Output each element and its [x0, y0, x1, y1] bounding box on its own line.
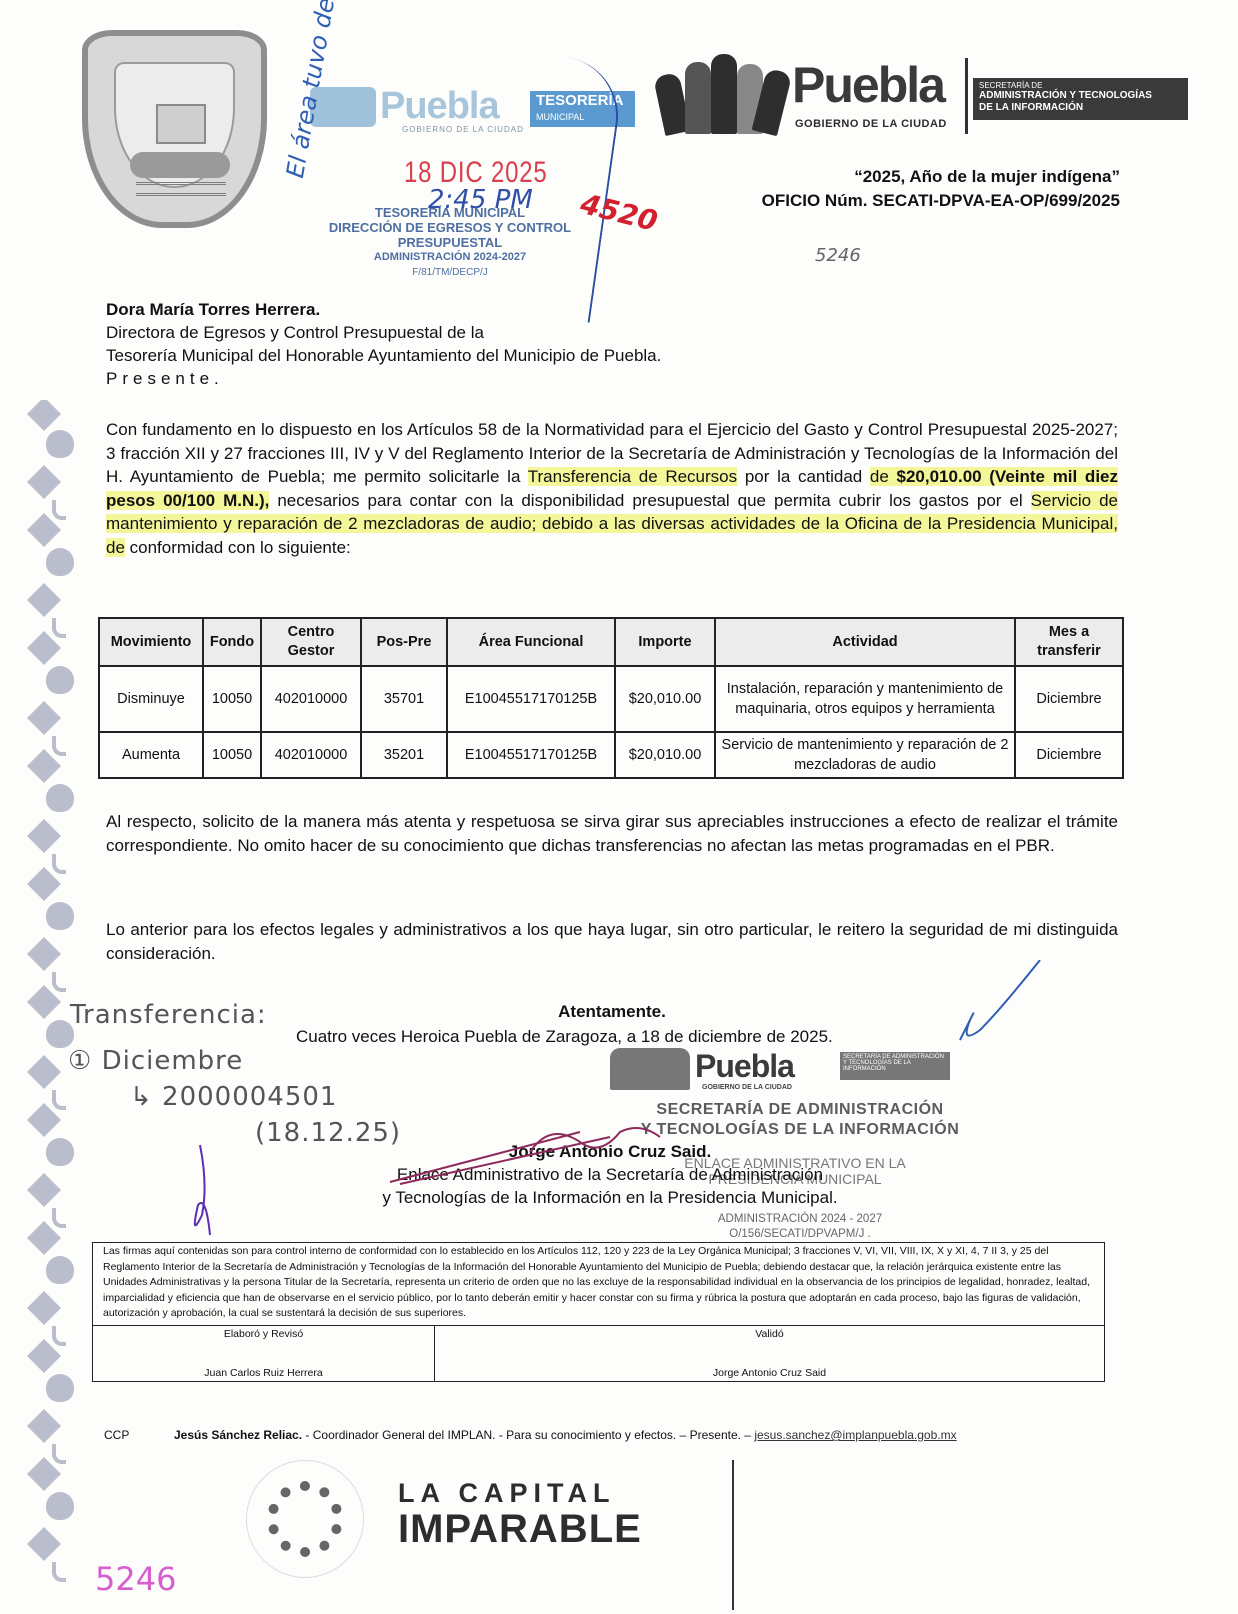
castle-icon: [156, 104, 206, 144]
legal-text: Las firmas aquí contenidas son para cont…: [93, 1243, 1104, 1325]
addressee-block: Dora María Torres Herrera. Directora de …: [106, 298, 661, 390]
puebla-secati-logo: Puebla GOBIERNO DE LA CIUDAD SECRETARÍA …: [655, 52, 1195, 137]
place-date: Cuatro veces Heroica Puebla de Zaragoza,…: [296, 1027, 833, 1047]
valido-cell: Validó Jorge Antonio Cruz Said: [435, 1326, 1104, 1381]
body-paragraph-2: Al respecto, solicito de la manera más a…: [106, 810, 1118, 857]
secati-box: SECRETARÍA DE ADMINISTRACIÓN Y TECNOLOGÍ…: [973, 78, 1188, 120]
body-paragraph-3: Lo anterior para los efectos legales y a…: [106, 918, 1118, 965]
signature-icon: [920, 960, 1050, 1050]
norma-igualdad-seal: [246, 1460, 364, 1578]
seal-icon: [267, 1481, 343, 1557]
initials-signature-icon: [180, 1145, 220, 1245]
addressee-title: Directora de Egresos y Control Presupues…: [106, 321, 661, 344]
decorative-border: [8, 400, 78, 1600]
handwritten-transfer-month: ① Diciembre: [68, 1046, 243, 1076]
handwritten-number: 5246: [95, 1560, 176, 1598]
handwritten-folio-gray: 5246: [815, 245, 861, 266]
city-art-icon: [655, 52, 785, 134]
handwritten-transfer-number: ↳ 2000004501: [130, 1082, 337, 1112]
table-row: Disminuye 10050 402010000 35701 E1004551…: [99, 666, 1123, 732]
table-header-row: Movimiento Fondo Centro Gestor Pos-Pre Á…: [99, 618, 1123, 666]
transfer-table: Movimiento Fondo Centro Gestor Pos-Pre Á…: [98, 617, 1124, 779]
salutation: Presente.: [106, 367, 661, 390]
body-paragraph-1: Con fundamento en lo dispuesto en los Ar…: [106, 418, 1118, 559]
document-reference: “2025, Año de la mujer indígena” OFICIO …: [680, 165, 1120, 213]
table-row: Aumenta 10050 402010000 35201 E100455171…: [99, 732, 1123, 778]
tesoreria-received-stamp: TESORERÍA MUNICIPAL DIRECCIÓN DE EGRESOS…: [320, 205, 580, 280]
admin-stamp: ADMINISTRACIÓN 2024 - 2027 O/156/SECATI/…: [690, 1212, 910, 1242]
highlight: Transferencia de Recursos: [528, 467, 737, 486]
oficio-number: OFICIO Núm. SECATI-DPVA-EA-OP/699/2025: [680, 189, 1120, 213]
addressee-name: Dora María Torres Herrera.: [106, 298, 661, 321]
elaboro-cell: Elaboró y Revisó Juan Carlos Ruiz Herrer…: [93, 1326, 435, 1381]
la-capital-imparable-logo: LA CAPITAL IMPARABLE: [398, 1478, 642, 1549]
legal-signatures-box: Las firmas aquí contenidas son para cont…: [92, 1242, 1105, 1382]
email-link[interactable]: jesus.sanchez@implanpuebla.gob.mx: [754, 1428, 956, 1442]
handwritten-transfer-label: Transferencia:: [70, 1000, 267, 1030]
ccp-line: CCPJesús Sánchez Reliac. - Coordinador G…: [104, 1428, 1124, 1442]
footer-divider: [732, 1460, 734, 1610]
city-art-icon: [610, 1048, 690, 1090]
signature-icon: [380, 1112, 680, 1192]
year-motto: “2025, Año de la mujer indígena”: [680, 165, 1120, 189]
addressee-institution: Tesorería Municipal del Honorable Ayunta…: [106, 344, 661, 367]
water-icon: [136, 182, 226, 196]
coat-of-arms-logo: [82, 30, 267, 228]
